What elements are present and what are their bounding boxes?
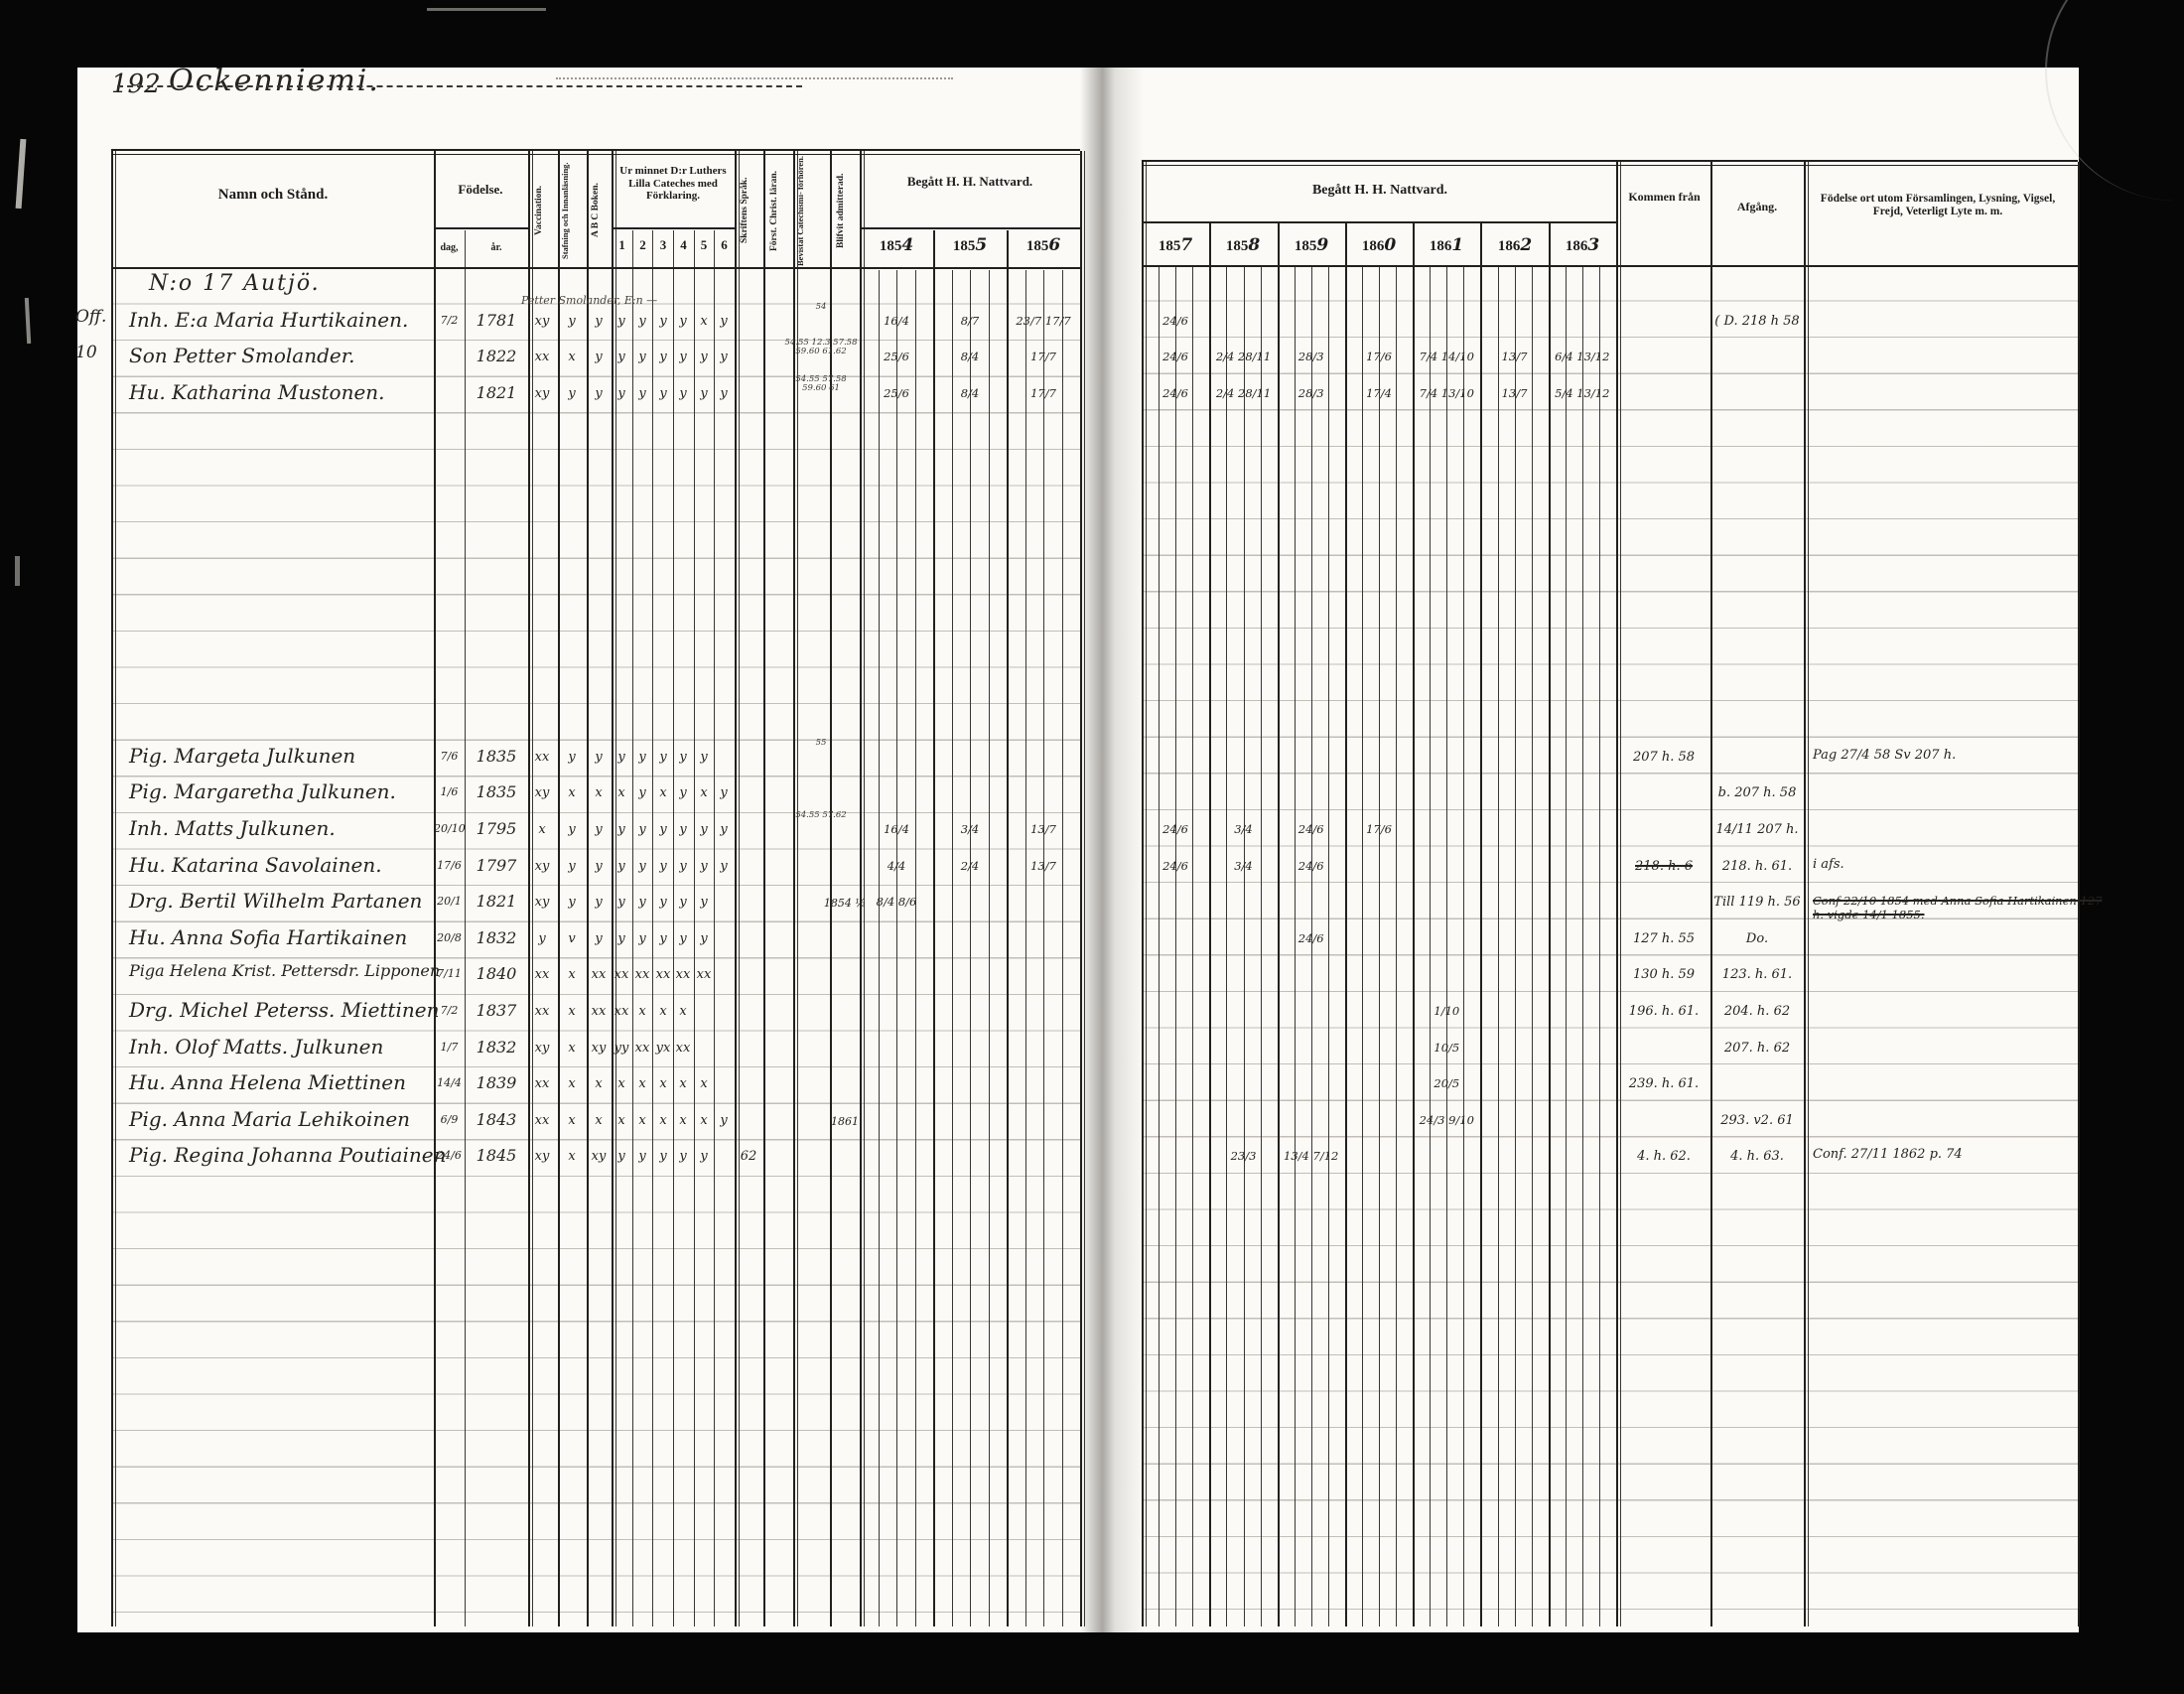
column-line [830, 151, 832, 1626]
birth-day: 7/2 [434, 315, 465, 327]
person-name: Inh. Olof Matts. Julkunen [129, 1037, 439, 1058]
communion-date-1855: 8/4 [934, 351, 1006, 362]
reading-mark: y [558, 315, 586, 329]
column-header-attended: Bevistat Catechismi- förhören. [795, 155, 827, 266]
attended-note: 55 [784, 739, 858, 748]
year-header-1862: 1862 [1482, 236, 1548, 256]
reading-mark: x [558, 1114, 586, 1128]
column-line [1515, 266, 1516, 1626]
column-line [860, 151, 862, 1626]
attended-note: 54.55 57.62 [784, 811, 858, 820]
year-header-1857: 1857 [1143, 236, 1208, 256]
attended-note: 54.55 57.58 59.60 61 [784, 375, 858, 393]
reading-mark: xy [528, 387, 556, 401]
reading-mark: xy [528, 1042, 556, 1056]
column-line [989, 270, 990, 1626]
column-line [1244, 266, 1245, 1626]
communion-date-1862: 13/7 [1482, 387, 1548, 399]
birth-year: 1839 [465, 1075, 528, 1092]
departure: Do. [1712, 932, 1802, 946]
birth-year: 1821 [465, 894, 528, 911]
communion-date-1854: 16/4 [861, 315, 932, 327]
reading-mark: x [690, 1077, 718, 1091]
come-from: 218. h. 6 [1619, 860, 1708, 874]
column-line [587, 151, 589, 1626]
group-heading: N:o 17 Autjö. [149, 272, 321, 295]
scanned-parish-register: 192 Ockenniemi. Namn och Stånd. Födelse.… [0, 0, 2184, 1694]
subheader-birth-year: år. [465, 242, 528, 254]
come-from: 239. h. 61. [1619, 1077, 1708, 1091]
remark: i afs. [1813, 858, 2111, 872]
reading-mark: xy [528, 1150, 556, 1164]
birth-day: 7/2 [434, 1005, 465, 1017]
scan-artifact [427, 8, 546, 11]
communion-date-1861: 7/4 14/10 [1414, 351, 1479, 362]
birth-year: 1797 [465, 858, 528, 875]
reading-mark: xy [528, 315, 556, 329]
column-line [1413, 223, 1415, 1626]
header-line [1142, 165, 2078, 166]
column-line [115, 151, 116, 1626]
communion-date-1863: 5/4 13/12 [1550, 387, 1615, 399]
come-from: 4. h. 62. [1619, 1150, 1708, 1164]
departure: 218. h. 61. [1712, 860, 1802, 874]
column-line [879, 270, 880, 1626]
birth-year: 1822 [465, 349, 528, 365]
reading-mark: xy [528, 860, 556, 874]
birth-year: 1835 [465, 784, 528, 801]
birth-year: 1795 [465, 821, 528, 838]
communion-date-1856: 17/7 [1008, 351, 1079, 362]
header-line [1142, 221, 1616, 223]
column-line [1142, 162, 1144, 1626]
communion-date-1857: 24/6 [1143, 823, 1208, 835]
group-heading-note: Petter Smolander, E:n — [521, 295, 657, 307]
reading-mark: xx [669, 1042, 697, 1056]
communion-date-1855: 8/4 [934, 387, 1006, 399]
column-line [465, 230, 466, 1626]
communion-date-1854: 4/4 [861, 860, 932, 872]
reading-mark: xx [690, 968, 718, 982]
column-line [1159, 266, 1160, 1626]
column-line [735, 151, 737, 1626]
reading-mark: xx [528, 1005, 556, 1019]
reading-mark: xx [528, 1077, 556, 1091]
catechism-col-2: 2 [632, 238, 653, 253]
reading-mark: y [558, 387, 586, 401]
header-line [1142, 265, 2078, 267]
catechism-col-5: 5 [694, 238, 714, 253]
reading-mark: x [558, 351, 586, 364]
column-line [1532, 266, 1533, 1626]
reading-mark: x [558, 1150, 586, 1164]
column-header-remarks: Födelse ort utom Församlingen, Lysning, … [1814, 193, 2062, 218]
person-name: Hu. Anna Helena Miettinen [129, 1072, 439, 1093]
column-line [1599, 266, 1600, 1626]
departure: ( D. 218 h 58 [1712, 315, 1802, 329]
column-line [1311, 266, 1312, 1626]
page-title: Ockenniemi. [169, 66, 380, 97]
column-line [1043, 270, 1044, 1626]
column-line [652, 230, 653, 1626]
column-line [1620, 162, 1621, 1626]
column-line [673, 230, 674, 1626]
column-line [933, 230, 935, 1626]
reading-mark: x [558, 1077, 586, 1091]
column-line [1295, 266, 1296, 1626]
year-header-1860: 1860 [1346, 236, 1412, 256]
column-header-christianity: Först. Christ. läran. [769, 155, 787, 266]
column-line [864, 151, 865, 1626]
remark: Conf 22/10 1854 med Anna Sofia Hartikain… [1813, 894, 2111, 921]
communion-date-1857: 24/6 [1143, 860, 1208, 872]
attended-note: 54 [784, 303, 858, 312]
year-header-1863: 1863 [1550, 236, 1615, 256]
column-header-vaccination: Vaccination. [534, 155, 552, 266]
catechism-col-4: 4 [673, 238, 694, 253]
person-name: Pig. Regina Johanna Poutiainen [129, 1145, 439, 1166]
departure: 4. h. 63. [1712, 1150, 1802, 1164]
reading-mark: y [710, 860, 738, 874]
column-header-come-from: Kommen från [1618, 191, 1710, 205]
communion-date-1856: 23/7 17/7 [1008, 315, 1079, 327]
column-line [793, 151, 795, 1626]
reading-mark: y [710, 351, 738, 364]
heading-dots [556, 77, 953, 79]
column-header-catechism: Ur minnet D:r Luthers Lilla Cateches med… [614, 165, 732, 203]
attended-note: 54.55 12.3 57.58 59.60 61.62 [784, 339, 858, 356]
communion-date-1856: 13/7 [1008, 860, 1079, 872]
communion-date-1857: 24/6 [1143, 387, 1208, 399]
column-line [558, 151, 560, 1626]
year-header-1861: 1861 [1414, 236, 1479, 256]
reading-mark: x [669, 1005, 697, 1019]
communion-date-1861: 24/3 9/10 [1414, 1114, 1479, 1126]
header-line [860, 227, 1080, 229]
departure: 207. h. 62 [1712, 1042, 1802, 1056]
birth-day: 1/6 [434, 786, 465, 798]
departure: b. 207 h. 58 [1712, 786, 1802, 800]
person-name: Piga Helena Krist. Pettersdr. Lipponen [129, 963, 439, 980]
person-name: Son Petter Smolander. [129, 346, 439, 366]
reading-mark: xx [528, 1114, 556, 1128]
reading-mark: y [558, 860, 586, 874]
column-line [1549, 223, 1551, 1626]
column-line [612, 151, 614, 1626]
column-line [1710, 162, 1712, 1626]
column-line [1175, 266, 1176, 1626]
header-line [111, 149, 1080, 151]
communion-date-1861: 20/5 [1414, 1077, 1479, 1089]
reading-mark: y [710, 823, 738, 837]
birth-day: 20/1 [434, 896, 465, 908]
year-header-1856: 1856 [1009, 236, 1078, 256]
communion-date-1858: 2/4 28/11 [1211, 351, 1277, 362]
birth-day: 20/8 [434, 932, 465, 944]
column-line [763, 151, 765, 1626]
scan-artifact [16, 139, 27, 209]
scan-artifact [25, 298, 31, 344]
remark: Pag 27/4 58 Sv 207 h. [1813, 749, 2111, 763]
column-header-departure: Afgång. [1710, 201, 1804, 214]
communion-date-1860: 17/4 [1346, 387, 1412, 399]
person-name: Inh. E:a Maria Hurtikainen. [129, 310, 439, 331]
margin-note: 10 [75, 345, 97, 362]
column-line [1084, 151, 1085, 1626]
year-header-1858: 1858 [1210, 236, 1276, 256]
come-from: 130 h. 59 [1619, 968, 1708, 982]
column-header-name: Namn och Stånd. [129, 187, 417, 204]
column-header-admitted: Blifvit admitterad. [836, 155, 854, 266]
year-header-1859: 1859 [1279, 236, 1344, 256]
birth-year: 1843 [465, 1112, 528, 1129]
communion-date-1858: 3/4 [1211, 823, 1277, 835]
column-header-abc-book: A B C Boken. [591, 155, 609, 266]
column-line [1498, 266, 1499, 1626]
column-line [1566, 266, 1567, 1626]
column-line [797, 151, 798, 1626]
communion-date-1854: 25/6 [861, 387, 932, 399]
birth-day: 7/11 [434, 968, 465, 980]
binding-fold [1080, 68, 1144, 1632]
communion-date-1857: 24/6 [1143, 351, 1208, 362]
reading-mark: x [558, 1005, 586, 1019]
column-header-communion-left: Begått H. H. Nattvard. [866, 175, 1074, 190]
year-header-1854: 1854 [862, 236, 931, 256]
communion-date-1861: 1/10 [1414, 1005, 1479, 1017]
scan-artifact [15, 556, 20, 586]
column-line [632, 230, 633, 1626]
column-line [915, 270, 916, 1626]
reading-mark: y [710, 786, 738, 800]
catechism-col-6: 6 [714, 238, 735, 253]
birth-year: 1821 [465, 385, 528, 402]
departure: Till 119 h. 56 [1712, 896, 1802, 910]
communion-date-1861: 7/4 13/10 [1414, 387, 1479, 399]
column-line [694, 230, 695, 1626]
column-line [1463, 266, 1464, 1626]
communion-date-1858: 3/4 [1211, 860, 1277, 872]
person-name: Pig. Margaretha Julkunen. [129, 781, 439, 802]
reading-mark: y [558, 823, 586, 837]
communion-date-1855: 2/4 [934, 860, 1006, 872]
column-line [1446, 266, 1447, 1626]
person-name: Drg. Michel Peterss. Miettinen [129, 1000, 439, 1021]
margin-note: Off. [75, 309, 106, 327]
birth-year: 1840 [465, 966, 528, 983]
column-line [1345, 223, 1347, 1626]
reading-mark: x [558, 1042, 586, 1056]
communion-date-1862: 13/7 [1482, 351, 1548, 362]
column-header-birth: Födelse. [437, 183, 524, 198]
header-line [434, 227, 528, 229]
header-line [111, 154, 1080, 155]
column-line [1146, 162, 1147, 1626]
communion-date-1854: 25/6 [861, 351, 932, 362]
birth-day: 17/6 [434, 860, 465, 872]
reading-mark: xx [528, 751, 556, 765]
column-line [1362, 266, 1363, 1626]
header-line [1142, 160, 2078, 162]
column-line [1192, 266, 1193, 1626]
column-line [952, 270, 953, 1626]
admitted-date: 1861 [806, 1116, 884, 1128]
right-table-rules [1142, 265, 2078, 1626]
column-line [1480, 223, 1482, 1626]
reading-mark: x [558, 786, 586, 800]
reading-mark: 62 [735, 1150, 762, 1164]
column-header-communion-right: Begått H. H. Nattvard. [1181, 183, 1578, 199]
column-line [1582, 266, 1583, 1626]
communion-date-1861: 10/5 [1414, 1042, 1479, 1054]
column-line [896, 270, 897, 1626]
birth-year: 1845 [465, 1148, 528, 1165]
communion-date-1858: 23/3 [1211, 1150, 1277, 1162]
person-name: Hu. Katarina Savolainen. [129, 855, 439, 876]
column-line [970, 270, 971, 1626]
column-line [714, 230, 715, 1626]
column-line [1808, 162, 1809, 1626]
column-line [434, 151, 436, 1626]
communion-date-1863: 6/4 13/12 [1550, 351, 1615, 362]
column-line [1025, 270, 1026, 1626]
birth-year: 1832 [465, 1040, 528, 1057]
header-line [111, 267, 1080, 269]
communion-date-1860: 17/6 [1346, 823, 1412, 835]
reading-mark: y [558, 896, 586, 910]
reading-mark: y [710, 387, 738, 401]
person-name: Pig. Margeta Julkunen [129, 746, 439, 767]
communion-date-1859: 28/3 [1279, 387, 1344, 399]
column-header-spelling: Stafning och Innanläsning. [560, 155, 586, 266]
birth-day: 6/9 [434, 1114, 465, 1126]
reading-mark: xy [528, 896, 556, 910]
reading-mark: xy [528, 786, 556, 800]
communion-date-1859: 28/3 [1279, 351, 1344, 362]
communion-date-1856: 17/7 [1008, 387, 1079, 399]
come-from: 127 h. 55 [1619, 932, 1708, 946]
birth-day: 24/6 [434, 1150, 465, 1162]
reading-mark: x [558, 968, 586, 982]
reading-mark: v [558, 932, 586, 946]
person-name: Drg. Bertil Wilhelm Partanen [129, 891, 439, 912]
header-line [612, 227, 735, 229]
birth-day: 14/4 [434, 1077, 465, 1089]
column-line [1007, 230, 1009, 1626]
departure: 293. v2. 61 [1712, 1114, 1802, 1128]
column-line [1261, 266, 1262, 1626]
column-line [111, 151, 113, 1626]
communion-date-1854: 8/4 8/6 [861, 896, 932, 908]
communion-date-1859: 13/4 7/12 [1279, 1150, 1344, 1162]
person-name: Hu. Katharina Mustonen. [129, 382, 439, 403]
column-line [1209, 223, 1211, 1626]
column-line [1062, 270, 1063, 1626]
person-name: Inh. Matts Julkunen. [129, 818, 439, 839]
person-name: Hu. Anna Sofia Hartikainen [129, 927, 439, 948]
communion-date-1859: 24/6 [1279, 823, 1344, 835]
come-from: 207 h. 58 [1619, 751, 1708, 765]
birth-year: 1837 [465, 1003, 528, 1020]
communion-date-1858: 2/4 28/11 [1211, 387, 1277, 399]
column-line [615, 151, 616, 1626]
birth-year: 1835 [465, 749, 528, 766]
reading-mark: y [690, 751, 718, 765]
reading-mark: y [710, 1114, 738, 1128]
column-line [1080, 151, 1082, 1626]
birth-day: 7/6 [434, 751, 465, 763]
birth-day: 1/7 [434, 1042, 465, 1054]
birth-year: 1832 [465, 930, 528, 947]
reading-mark: y [690, 932, 718, 946]
column-line [1804, 162, 1806, 1626]
heading-underline [117, 85, 802, 87]
column-line [1226, 266, 1227, 1626]
communion-date-1860: 17/6 [1346, 351, 1412, 362]
come-from: 196. h. 61. [1619, 1005, 1708, 1019]
communion-date-1855: 3/4 [934, 823, 1006, 835]
communion-date-1856: 13/7 [1008, 823, 1079, 835]
column-line [1278, 223, 1280, 1626]
birth-day: 20/10 [434, 823, 465, 835]
communion-date-1854: 16/4 [861, 823, 932, 835]
reading-mark: y [690, 1150, 718, 1164]
reading-mark: xx [528, 351, 556, 364]
subheader-birth-day: dag, [434, 242, 465, 254]
communion-date-1859: 24/6 [1279, 932, 1344, 944]
column-line [532, 151, 533, 1626]
departure: 204. h. 62 [1712, 1005, 1802, 1019]
departure: 123. h. 61. [1712, 968, 1802, 982]
communion-date-1859: 24/6 [1279, 860, 1344, 872]
column-header-scripture: Skriftens Språk. [740, 155, 757, 266]
person-name: Pig. Anna Maria Lehikoinen [129, 1109, 439, 1130]
reading-mark: y [690, 896, 718, 910]
reading-mark: y [528, 932, 556, 946]
reading-mark: y [710, 315, 738, 329]
column-line [739, 151, 740, 1626]
year-header-1855: 1855 [935, 236, 1005, 256]
communion-date-1857: 24/6 [1143, 315, 1208, 327]
column-line [528, 151, 530, 1626]
reading-mark: x [528, 823, 556, 837]
reading-mark: xx [528, 968, 556, 982]
departure: 14/11 207 h. [1712, 823, 1802, 837]
remark: Conf. 27/11 1862 p. 74 [1813, 1148, 2111, 1162]
column-line [1430, 266, 1431, 1626]
column-line [1616, 162, 1618, 1626]
catechism-col-3: 3 [653, 238, 673, 253]
communion-date-1855: 8/7 [934, 315, 1006, 327]
column-line [1379, 266, 1380, 1626]
column-line [1396, 266, 1397, 1626]
birth-year: 1781 [465, 313, 528, 330]
column-line [1328, 266, 1329, 1626]
reading-mark: y [558, 751, 586, 765]
